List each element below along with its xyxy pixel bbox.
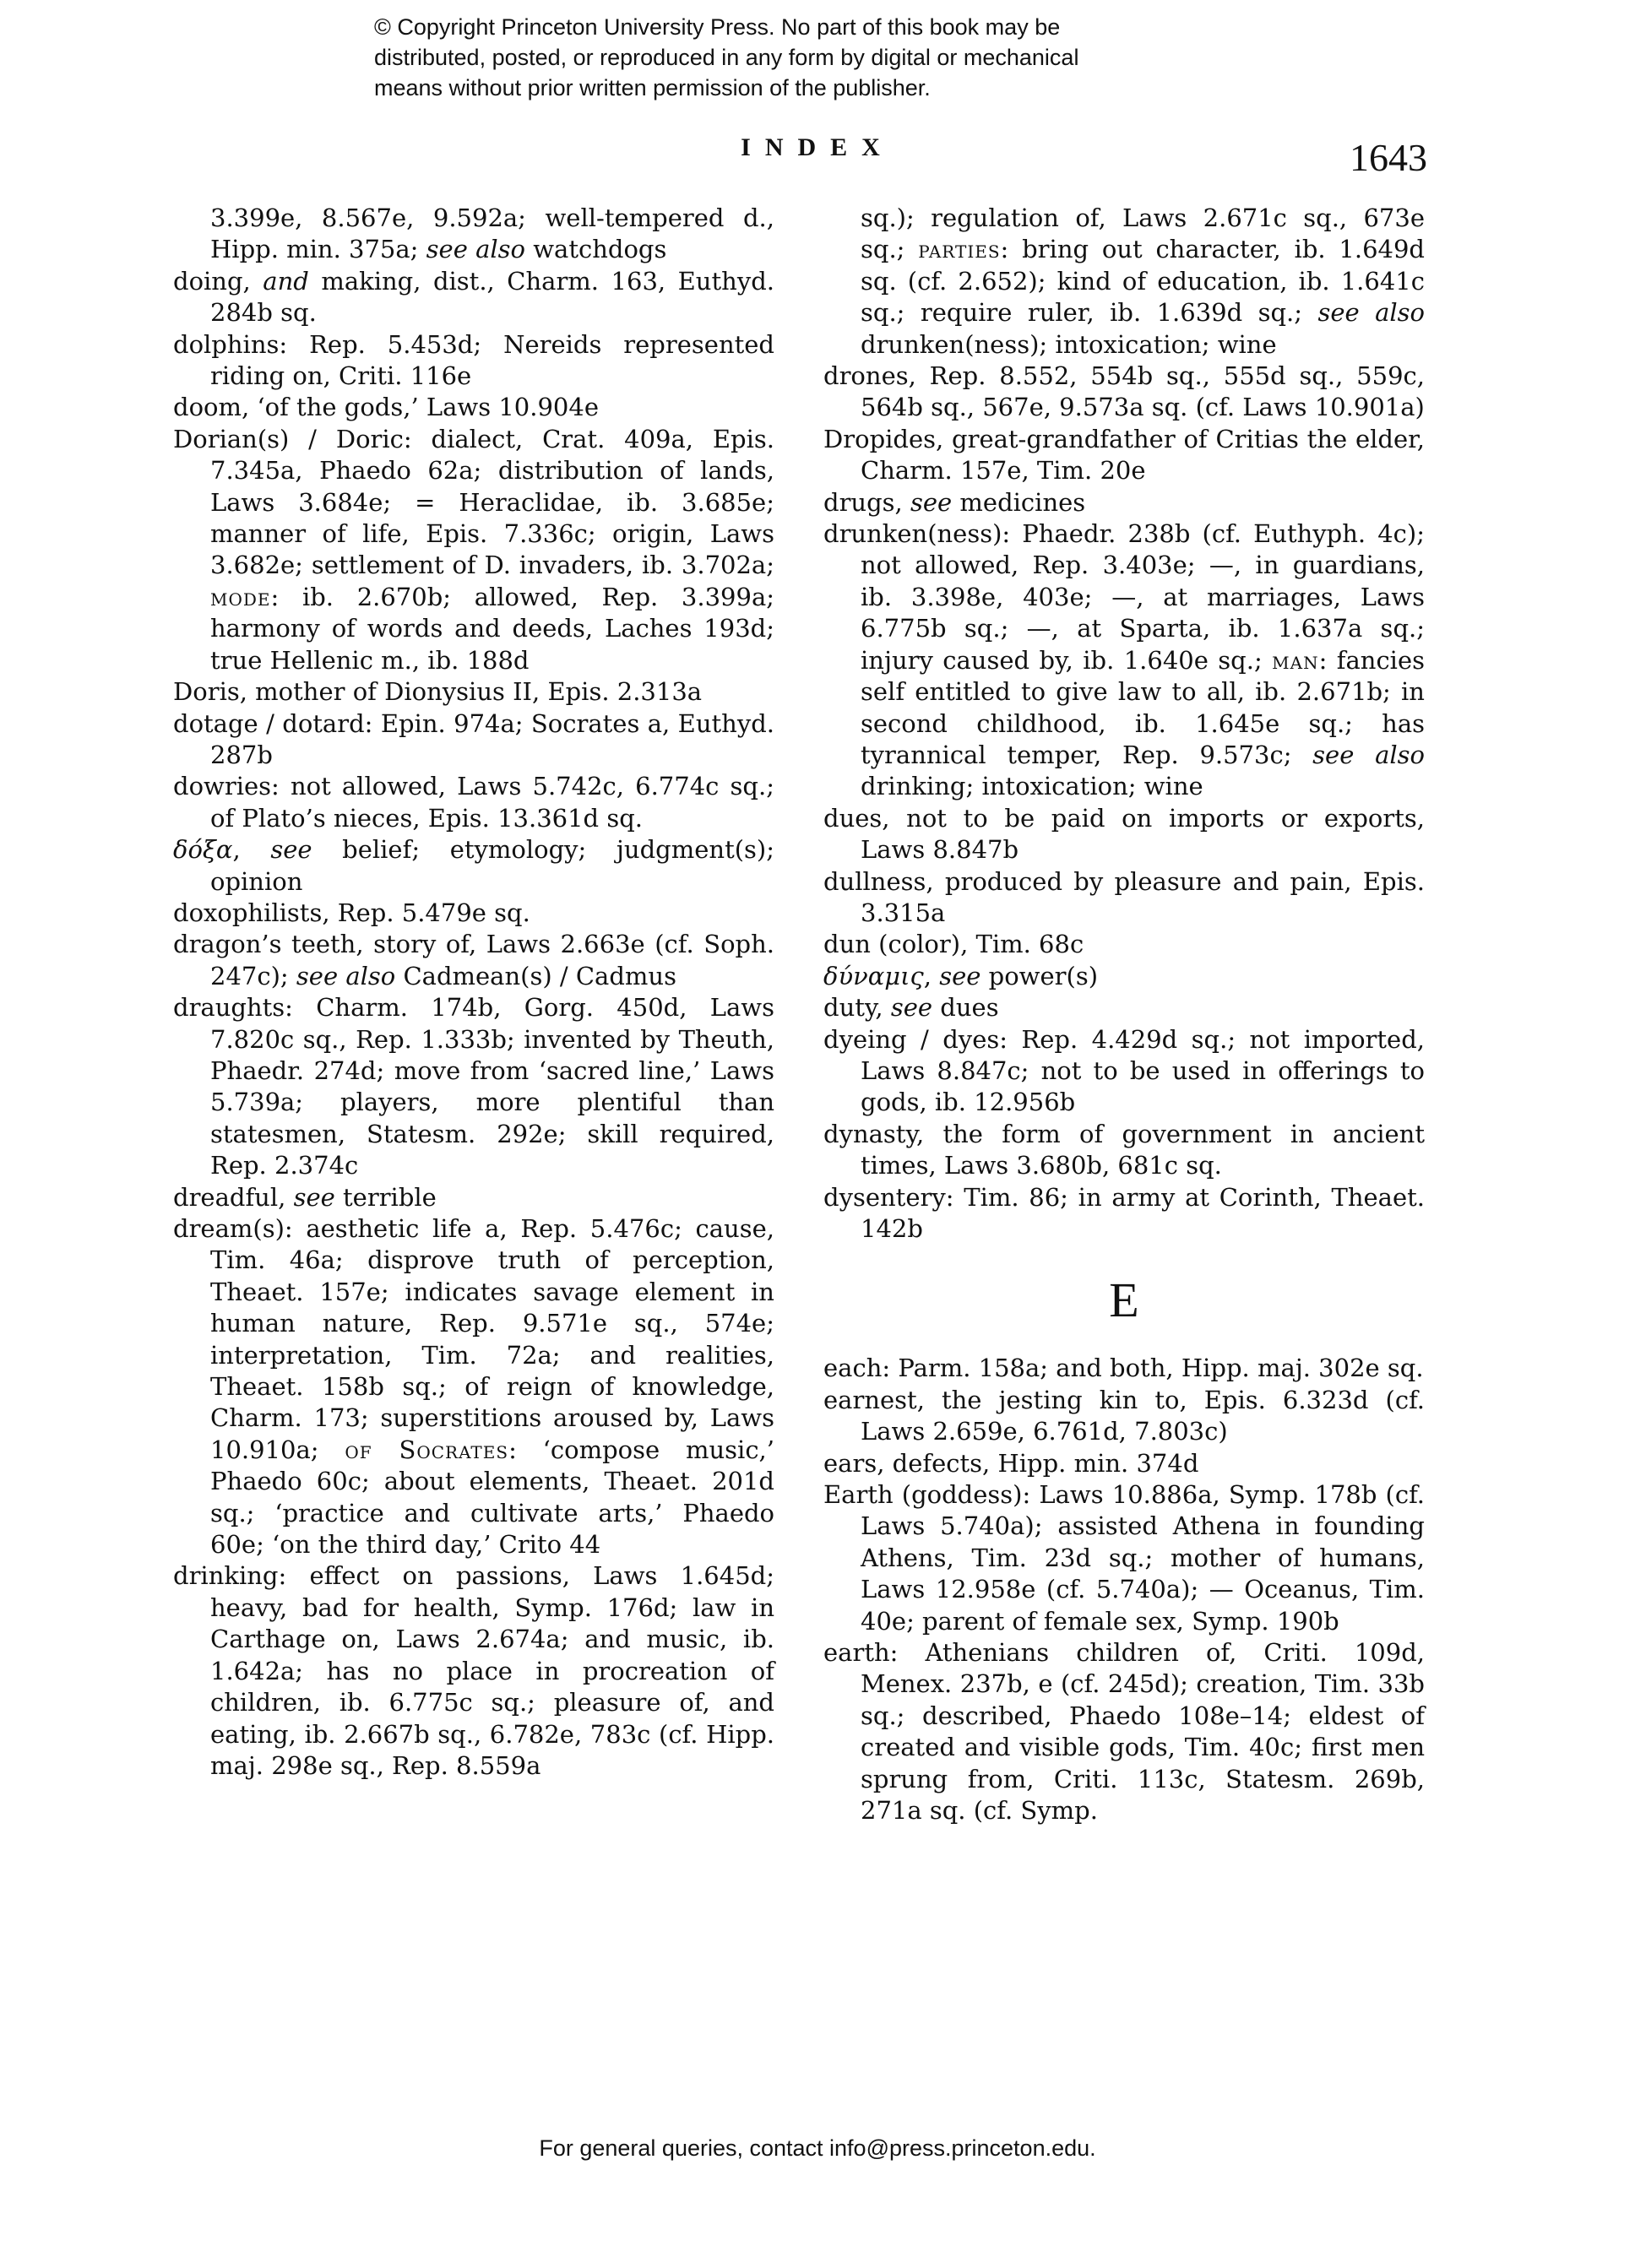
index-entry: δύναμις, see power(s): [823, 961, 1425, 992]
index-entry: dullness, produced by pleasure and pain,…: [823, 866, 1425, 930]
footer-contact: For general queries, contact info@press.…: [0, 2135, 1635, 2162]
index-entry: Dropides, great-grandfather of Critias t…: [823, 424, 1425, 487]
index-entry: drunken(ness): Phaedr. 238b (cf. Euthyph…: [823, 518, 1425, 803]
index-entry: sq.); regulation of, Laws 2.671c sq., 67…: [823, 203, 1425, 361]
index-entry: dyeing / dyes: Rep. 4.429d sq.; not impo…: [823, 1024, 1425, 1119]
index-entry: δόξα, see belief; etymology; judgment(s)…: [173, 834, 774, 898]
index-entry: draughts: Charm. 174b, Gorg. 450d, Laws …: [173, 992, 774, 1181]
index-entry: Earth (goddess): Laws 10.886a, Symp. 178…: [823, 1479, 1425, 1637]
index-entries-d: sq.); regulation of, Laws 2.671c sq., 67…: [823, 203, 1425, 1245]
index-entry: doom, ‘of the gods,’ Laws 10.904e: [173, 392, 774, 423]
index-entry: drinking: effect on passions, Laws 1.645…: [173, 1560, 774, 1782]
index-entry: doxophilists, Rep. 5.479e sq.: [173, 898, 774, 929]
index-entry: dolphins: Rep. 5.453d; Nereids represent…: [173, 329, 774, 393]
index-entry: dynasty, the form of government in ancie…: [823, 1119, 1425, 1182]
copyright-line: means without prior written permission o…: [374, 73, 1219, 103]
index-entries-e: each: Parm. 158a; and both, Hipp. maj. 3…: [823, 1353, 1425, 1826]
index-entry: drones, Rep. 8.552, 554b sq., 555d sq., …: [823, 361, 1425, 424]
index-entry: each: Parm. 158a; and both, Hipp. maj. 3…: [823, 1353, 1425, 1384]
index-entry: dotage / dotard: Epin. 974a; Socrates a,…: [173, 708, 774, 772]
index-entry: earnest, the jesting kin to, Epis. 6.323…: [823, 1385, 1425, 1448]
copyright-line: distributed, posted, or reproduced in an…: [374, 42, 1219, 73]
index-entry: ears, defects, Hipp. min. 374d: [823, 1448, 1425, 1479]
copyright-line: © Copyright Princeton University Press. …: [374, 12, 1219, 42]
index-entry: Doris, mother of Dionysius II, Epis. 2.3…: [173, 676, 774, 708]
index-entry: Dorian(s) / Doric: dialect, Crat. 409a, …: [173, 424, 774, 676]
index-entry: dowries: not allowed, Laws 5.742c, 6.774…: [173, 771, 774, 834]
index-entry: dues, not to be paid on imports or expor…: [823, 803, 1425, 866]
index-column-left: 3.399e, 8.567e, 9.592a; well-tempered d.…: [173, 203, 774, 1782]
index-entry: 3.399e, 8.567e, 9.592a; well-tempered d.…: [173, 203, 774, 266]
index-entry: dun (color), Tim. 68c: [823, 929, 1425, 960]
page-number: 1643: [1350, 135, 1427, 180]
copyright-notice: © Copyright Princeton University Press. …: [374, 12, 1219, 103]
index-entry: duty, see dues: [823, 992, 1425, 1023]
index-entry: dream(s): aesthetic life a, Rep. 5.476c;…: [173, 1213, 774, 1560]
index-entry: dreadful, see terrible: [173, 1182, 774, 1213]
index-entry: doing, and making, dist., Charm. 163, Eu…: [173, 266, 774, 329]
index-entry: dysentery: Tim. 86; in army at Corinth, …: [823, 1182, 1425, 1245]
section-letter-heading: E: [823, 1273, 1425, 1327]
index-column-right: sq.); regulation of, Laws 2.671c sq., 67…: [823, 203, 1425, 1827]
index-entry: dragon’s teeth, story of, Laws 2.663e (c…: [173, 929, 774, 992]
index-entry: drugs, see medicines: [823, 487, 1425, 518]
index-entry: earth: Athenians children of, Criti. 109…: [823, 1637, 1425, 1826]
